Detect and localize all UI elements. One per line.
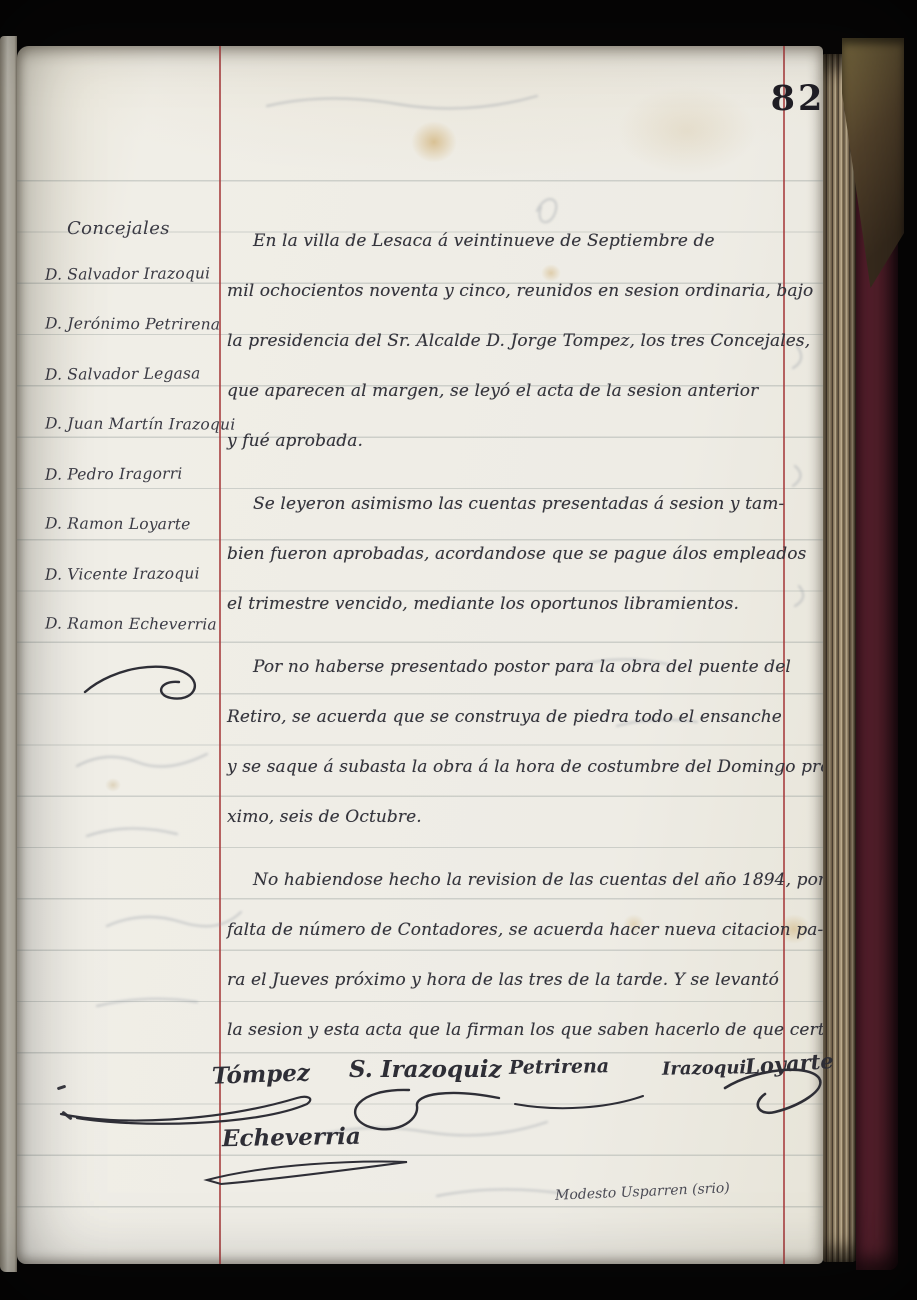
- text-line: ra el Jueves próximo y hora de las tres …: [227, 955, 783, 1005]
- councilor-name: D. Ramon Echeverria: [45, 598, 217, 649]
- paper-stain: [105, 778, 121, 792]
- stray-ink-mark: [61, 1111, 72, 1121]
- signature-secretary: Modesto Usparren (srio): [555, 1180, 730, 1204]
- signature-flourish: [197, 1154, 417, 1188]
- text-line: En la villa de Lesaca á veintinueve de S…: [227, 216, 783, 266]
- signature-irazoqui: Irazoqui: [662, 1057, 747, 1079]
- paragraph: En la villa de Lesaca á veintinueve de S…: [227, 216, 783, 466]
- signature-echeverria: Echeverria: [222, 1123, 361, 1152]
- book-page-stack-edge: [823, 54, 859, 1262]
- text-line: falta de número de Contadores, se acuerd…: [227, 905, 783, 955]
- paragraph: Por no haberse presentado postor para la…: [227, 642, 783, 842]
- text-line: No habiendose hecho la revision de las c…: [227, 855, 783, 905]
- councilor-name: D. Ramon Loyarte: [45, 498, 217, 549]
- text-line: que aparecen al margen, se leyó el acta …: [227, 366, 783, 416]
- councilor-name: D. Jerónimo Petrirena: [45, 298, 217, 349]
- previous-page-edge: [0, 36, 17, 1272]
- councilor-name: D. Salvador Legasa: [45, 348, 217, 399]
- councilor-name: D. Juan Martín Irazoqui: [45, 398, 217, 449]
- text-line: la sesion y esta acta que la firman los …: [227, 1005, 783, 1055]
- text-line: la presidencia del Sr. Alcalde D. Jorge …: [227, 316, 783, 366]
- paragraph: Se leyeron asimismo las cuentas presenta…: [227, 479, 783, 629]
- stray-ink-mark: [57, 1085, 66, 1091]
- paper-stain: [617, 86, 757, 176]
- margin-rubric-flourish: [75, 656, 215, 712]
- margin-header: Concejales: [67, 218, 217, 239]
- text-line: Retiro, se acuerda que se construya de p…: [227, 692, 783, 742]
- text-line: bien fueron aprobadas, acordandose que s…: [227, 529, 783, 579]
- text-line: y fué aprobada.: [227, 416, 783, 466]
- councilor-name: D. Vicente Irazoqui: [45, 548, 217, 599]
- ledger-page: 82 Concejales D. Salvador Irazoqui D. Je…: [17, 46, 823, 1264]
- councilor-name: D. Salvador Irazoqui: [45, 248, 217, 299]
- text-line: ximo, seis de Octubre.: [227, 792, 783, 842]
- text-line: Por no haberse presentado postor para la…: [227, 642, 783, 692]
- signature-tompez: Tómpez: [212, 1059, 311, 1089]
- signature-loyarte: Loyarte: [744, 1048, 834, 1079]
- signature-flourish: [339, 1084, 509, 1136]
- page-number: 82: [753, 78, 843, 119]
- signature-petrirena: Petrirena: [509, 1055, 609, 1079]
- councilor-name: D. Pedro Iragorri: [45, 448, 217, 499]
- text-line: mil ochocientos noventa y cinco, reunido…: [227, 266, 783, 316]
- councilor-name-list: D. Salvador Irazoqui D. Jerónimo Petrire…: [45, 249, 217, 649]
- text-line: y se saque á subasta la obra á la hora d…: [227, 742, 783, 792]
- paper-stain: [411, 121, 457, 163]
- scanned-minutes-book-photo: 82 Concejales D. Salvador Irazoqui D. Je…: [0, 0, 917, 1300]
- margin-column: Concejales D. Salvador Irazoqui D. Jerón…: [45, 218, 217, 649]
- text-line: Se leyeron asimismo las cuentas presenta…: [227, 479, 783, 529]
- signature-irazoquiz: S. Irazoquiz: [349, 1056, 502, 1083]
- signature-flourish: [57, 1088, 327, 1128]
- body-text: En la villa de Lesaca á veintinueve de S…: [227, 216, 783, 1068]
- text-line: el trimestre vencido, mediante los oport…: [227, 579, 783, 629]
- paragraph: No habiendose hecho la revision de las c…: [227, 855, 783, 1055]
- signature-flourish: [509, 1088, 649, 1114]
